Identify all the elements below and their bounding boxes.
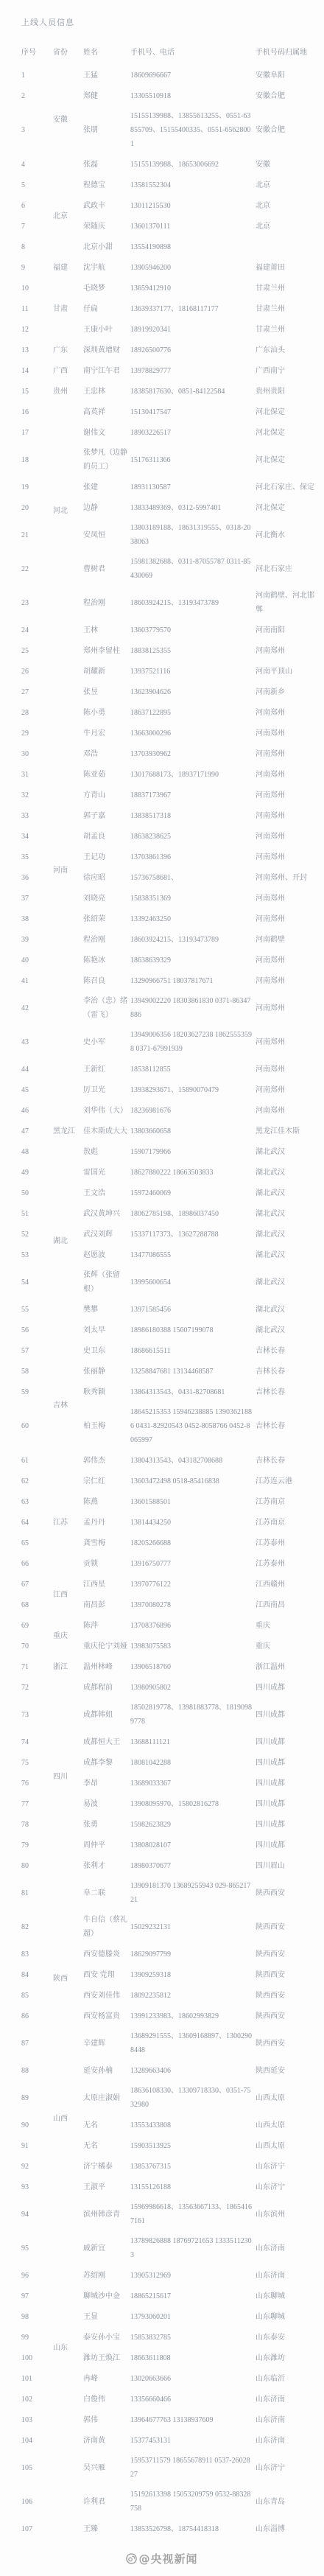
phone-cell: 13971585456 — [130, 1299, 256, 1320]
name-cell: 聊城沙中金 — [83, 2286, 130, 2306]
table-row: 31陈亚茹13017688173、18937171990河南郑州 — [0, 764, 324, 785]
name-cell: 王忠林 — [83, 381, 130, 402]
name-cell: 刘晓亮 — [83, 888, 130, 909]
table-row: 29牛月宏13663000296河南郑州 — [0, 723, 324, 743]
table-row: 47黑龙江佳木斯成大大13803660658黑龙江佳木斯 — [0, 1121, 324, 1141]
table-row: 68南昌彭13970080278江西南昌 — [0, 1595, 324, 1615]
name-cell: 无名 — [83, 2115, 130, 2135]
table-row: 74成都恒大王13688111121四川成都 — [0, 1732, 324, 1752]
phone-cell: 18502819778、13981883778、18190989778 — [130, 1698, 256, 1732]
location-cell: 陕西西安 — [256, 1944, 324, 1964]
location-cell: 河南郑州 — [256, 1079, 324, 1100]
location-cell: 江苏南京 — [256, 1512, 324, 1533]
location-cell: 山东济南 — [256, 2231, 324, 2265]
location-cell: 河南新乡 — [256, 682, 324, 702]
name-cell: 张丽静 — [83, 1361, 130, 1382]
location-cell: 江苏南京 — [256, 1491, 324, 1512]
row-number-cell: 57 — [0, 1340, 53, 1361]
row-number-cell: 12 — [0, 319, 53, 340]
table-row: 76李昂13689033367四川成都 — [0, 1773, 324, 1793]
name-cell: 耿秀颖 — [83, 1382, 130, 1402]
name-cell: 刘太早 — [83, 1320, 130, 1340]
location-cell: 黑龙江佳木斯 — [256, 1121, 324, 1141]
row-number-cell: 70 — [0, 1636, 53, 1656]
name-cell: 冉峰 — [83, 2368, 130, 2389]
name-cell: 南昌彭 — [83, 1595, 130, 1615]
name-cell: 辛建辉 — [83, 2026, 130, 2060]
province-cell: 陕西 — [53, 1876, 83, 2081]
location-cell: 山东济南 — [256, 2430, 324, 2451]
table-row: 90无名13553433808山西太原 — [0, 2115, 324, 2135]
name-cell: 南宁江午君 — [83, 360, 130, 381]
row-number-cell: 54 — [0, 1265, 53, 1299]
name-cell: 白俊伟 — [83, 2389, 130, 2409]
phone-cell: 13258847681 13134468587 — [130, 1361, 256, 1382]
phone-cell: 13949002220 18303861830 0371-86347886 — [130, 991, 256, 1025]
row-number-cell: 81 — [0, 1876, 53, 1910]
table-row: 23程治刚18603924215、13193473789河南鹤壁、河北邯郸 — [0, 586, 324, 620]
table-row: 89山西太原庄淑娟18636108330、13309718330、0351-75… — [0, 2081, 324, 2115]
table-row: 48湖北敖彪15907179966湖北武汉 — [0, 1141, 324, 1162]
name-cell: 成都程前 — [83, 1677, 130, 1698]
phone-cell: 15176311366 — [130, 443, 256, 477]
location-cell: 湖北武汉 — [256, 1224, 324, 1245]
table-row: 81陕西阜二联13909181370 13689255943 029-86521… — [0, 1876, 324, 1910]
name-cell: 谢伟文 — [83, 422, 130, 443]
name-cell: 雷国光 — [83, 1162, 130, 1183]
phone-cell: 15972460069 — [130, 1183, 256, 1203]
phone-cell: 13708376896 — [130, 1615, 256, 1636]
name-cell: 佳木斯成大大 — [83, 1121, 130, 1141]
phone-cell: 18236981676 — [130, 1100, 256, 1121]
name-cell: 龚雪梅 — [83, 1533, 130, 1553]
table-row: 5北京程德宝13581552304北京 — [0, 175, 324, 195]
name-cell: 史卫东 — [83, 1340, 130, 1361]
row-number-cell: 58 — [0, 1361, 53, 1382]
name-cell: 张辉（张留根） — [83, 1265, 130, 1299]
table-row: 71浙江温州林峰13906518760浙江温州 — [0, 1656, 324, 1677]
row-number-cell: 60 — [0, 1402, 53, 1450]
name-cell: 太原庄淑娟 — [83, 2081, 130, 2115]
location-cell: 浙江温州 — [256, 1656, 324, 1677]
phone-cell: 13689291555、13609168897、13002908448 — [130, 2026, 256, 2060]
location-cell: 山东泰安 — [256, 2327, 324, 2348]
location-cell: 贵州贵阳 — [256, 381, 324, 402]
location-cell: 山东济南 — [256, 2409, 324, 2430]
phone-cell: 18627880222 18663503833 — [130, 1162, 256, 1183]
name-cell: 王猛 — [83, 65, 130, 85]
name-cell: 西安刘佳伟 — [83, 1985, 130, 2006]
name-cell: 邓浩 — [83, 743, 130, 764]
row-number-cell: 59 — [0, 1382, 53, 1402]
name-cell: 泰安孙小宝 — [83, 2327, 130, 2348]
location-cell: 河南郑州 — [256, 847, 324, 867]
name-cell: 王文浩 — [83, 1183, 130, 1203]
table-row: 41陈召良13290966751 18037817671河南郑州 — [0, 970, 324, 991]
row-number-cell: 65 — [0, 1533, 53, 1553]
location-cell: 陕西西安 — [256, 1985, 324, 2006]
table-row: 46刘华伟（大）18236981676河南郑州 — [0, 1100, 324, 1121]
table-row: 96苏绍刚13905312969山东济南 — [0, 2265, 324, 2286]
name-cell: 李治（忠）绪（雷飞） — [83, 991, 130, 1025]
weibo-logo-icon — [126, 2553, 137, 2567]
location-cell: 山东临沂 — [256, 2368, 324, 2389]
name-cell: 敖彪 — [83, 1141, 130, 1162]
name-cell: 张磊 — [83, 154, 130, 175]
row-number-cell: 105 — [0, 2451, 53, 2485]
personnel-table: 序号 省份 姓名 手机号、电话 手机号码归属地 1安徽王猛18609696667… — [0, 40, 324, 2539]
location-cell: 山东滨州 — [256, 2197, 324, 2231]
phone-cell: 13833489369、0312-5997401 — [130, 497, 256, 518]
name-cell: 胡孟良 — [83, 826, 130, 847]
location-cell: 河南郑州 — [256, 991, 324, 1025]
name-cell: 沈宇航 — [83, 257, 130, 278]
table-row: 8北京小甜13554190898 — [0, 237, 324, 257]
location-cell: 河南郑州 — [256, 950, 324, 970]
table-row: 54张辉（张留根）13995600654湖北武汉 — [0, 1265, 324, 1299]
personnel-sheet: 上线人员信息 序号 省份 姓名 手机号、电话 手机号码归属地 1安徽王猛1860… — [0, 0, 324, 2576]
phone-cell: 13623904626 — [130, 682, 256, 702]
name-cell: 郑州李留柱 — [83, 640, 130, 661]
location-cell: 安徽合肥 — [256, 106, 324, 154]
name-cell: 王显 — [83, 2306, 130, 2327]
table-row: 98王显13793060201山东聊城 — [0, 2306, 324, 2327]
table-row: 57吉林史卫东18686615511吉林长春 — [0, 1340, 324, 1361]
phone-cell: 13853767315 — [130, 2156, 256, 2177]
phone-cell: 13937521116 — [130, 661, 256, 682]
phone-cell: 13980905802 — [130, 1677, 256, 1698]
row-number-cell: 91 — [0, 2135, 53, 2156]
table-row: 9福建沈宇航13905946200福建莆田 — [0, 257, 324, 278]
table-row: 28陈小勇18637122895河南郑州 — [0, 702, 324, 723]
name-cell: 武汉黄坤兴 — [83, 1203, 130, 1224]
name-cell: 成都韩姐 — [83, 1698, 130, 1732]
header-name: 姓名 — [83, 40, 130, 65]
name-cell: 吴兴雁 — [83, 2451, 130, 2485]
phone-cell: 15337117373、13627288788 — [130, 1224, 256, 1245]
location-cell: 北京 — [256, 195, 324, 216]
name-cell: 仔扁 — [83, 298, 130, 319]
name-cell: 樊攀 — [83, 1299, 130, 1320]
phone-cell: 15838351369 — [130, 888, 256, 909]
phone-cell: 18926500776 — [130, 340, 256, 360]
location-cell: 福建莆田 — [256, 257, 324, 278]
name-cell: 江西星 — [83, 1574, 130, 1595]
phone-cell: 13853526798、18754418318 — [130, 2519, 256, 2539]
phone-cell: 13581552304 — [130, 175, 256, 195]
row-number-cell: 61 — [0, 1450, 53, 1471]
name-cell: 陈小勇 — [83, 702, 130, 723]
row-number-cell: 97 — [0, 2286, 53, 2306]
table-row: 52武汉刘辉15337117373、13627288788湖北武汉 — [0, 1224, 324, 1245]
location-cell: 河南郑州 — [256, 702, 324, 723]
name-cell: 易波 — [83, 1793, 130, 1814]
location-cell: 湖北武汉 — [256, 1183, 324, 1203]
location-cell: 河南郑州 — [256, 764, 324, 785]
province-cell: 黑龙江 — [53, 1121, 83, 1141]
phone-cell: 13949006356 18203627238 18625553598 0371… — [130, 1025, 256, 1059]
phone-cell: 15982623829 — [130, 1814, 256, 1835]
name-cell: 张朋 — [83, 106, 130, 154]
phone-cell: 18081042288 — [130, 1752, 256, 1773]
row-number-cell: 26 — [0, 661, 53, 682]
phone-cell: 15981382688、0311-87055787 0311-85430069 — [130, 552, 256, 586]
table-row: 80张利才18980370677四川眉山 — [0, 1855, 324, 1876]
row-number-cell: 33 — [0, 805, 53, 826]
location-cell: 河北保定 — [256, 422, 324, 443]
phone-cell: 15155139988、18653006692 — [130, 154, 256, 175]
name-cell: 周仲平 — [83, 1835, 130, 1855]
table-row: 78张勇15982623829四川成都 — [0, 1814, 324, 1835]
phone-cell: 18980370677 — [130, 1855, 256, 1876]
location-cell: 河南郑州 — [256, 1059, 324, 1079]
name-cell: 宗仁红 — [83, 1471, 130, 1491]
phone-cell: 18062785198、18986037450 — [130, 1203, 256, 1224]
name-cell: 王记功 — [83, 847, 130, 867]
province-cell: 福建 — [53, 257, 83, 278]
phone-cell: 15969986618、13563667133、18654167161 — [130, 2197, 256, 2231]
phone-cell: 18837173967 — [130, 785, 256, 805]
name-cell: 西安德滕炎 — [83, 1944, 130, 1964]
location-cell: 江西赣州 — [256, 1574, 324, 1595]
location-cell: 山东淄博 — [256, 2519, 324, 2539]
location-cell: 山西太原 — [256, 2135, 324, 2156]
name-cell: 柏玉梅 — [83, 1402, 130, 1450]
phone-cell: 13356660466 — [130, 2389, 256, 2409]
name-cell: 曹树君 — [83, 552, 130, 586]
row-number-cell: 37 — [0, 888, 53, 909]
province-cell: 山东 — [53, 2156, 83, 2539]
location-cell: 河北保定 — [256, 497, 324, 518]
location-cell: 陕西西安 — [256, 1910, 324, 1944]
row-number-cell: 27 — [0, 682, 53, 702]
phone-cell: 13554190898 — [130, 237, 256, 257]
table-row: 82牛自信（蔡礼超）15029232131陕西西安 — [0, 1910, 324, 1944]
name-cell: 武政丰 — [83, 195, 130, 216]
table-row: 55樊攀13971585456湖北武汉 — [0, 1299, 324, 1320]
name-cell: 胡耀新 — [83, 661, 130, 682]
table-row: 12王康小叶18919920341甘肃兰州 — [0, 319, 324, 340]
table-row: 101冉峰13020663666山东临沂 — [0, 2368, 324, 2389]
table-row: 30邓浩13703930962河南郑州 — [0, 743, 324, 764]
phone-cell: 13603779570 — [130, 620, 256, 640]
location-cell: 河北保定 — [256, 443, 324, 477]
phone-cell: 18638238625 — [130, 826, 256, 847]
row-number-cell: 100 — [0, 2348, 53, 2368]
phone-cell: 13978829777 — [130, 360, 256, 381]
phone-cell: 15130417547 — [130, 402, 256, 422]
location-cell: 山东济宁 — [256, 2177, 324, 2197]
row-number-cell: 82 — [0, 1910, 53, 1944]
location-cell: 陕西西安 — [256, 2006, 324, 2026]
province-cell: 河北 — [53, 402, 83, 620]
row-number-cell: 55 — [0, 1299, 53, 1320]
name-cell: 阜二联 — [83, 1876, 130, 1910]
phone-cell: 13864313543、0431-82708681 — [130, 1382, 256, 1402]
province-cell: 甘肃 — [53, 278, 83, 340]
name-cell: 荣随庆 — [83, 216, 130, 237]
name-cell: 王淑平 — [83, 2177, 130, 2197]
row-number-cell: 28 — [0, 702, 53, 723]
table-row: 59耿秀颖13864313543、0431-82708681吉林长春 — [0, 1382, 324, 1402]
row-number-cell: 76 — [0, 1773, 53, 1793]
province-cell: 北京 — [53, 175, 83, 257]
table-row: 58张丽静13258847681 13134468587吉林长春 — [0, 1361, 324, 1382]
table-row: 10甘肃毛晓梦13659412910甘肃兰州 — [0, 278, 324, 298]
phone-cell: 13803189188、18631319555、0318-2038063 — [130, 518, 256, 552]
name-cell: 牛月宏 — [83, 723, 130, 743]
table-header-row: 序号 省份 姓名 手机号、电话 手机号码归属地 — [0, 40, 324, 65]
location-cell: 河北衡水 — [256, 518, 324, 552]
row-number-cell: 53 — [0, 1245, 53, 1265]
province-cell: 广西 — [53, 360, 83, 381]
name-cell: 毛晓梦 — [83, 278, 130, 298]
row-number-cell: 46 — [0, 1100, 53, 1121]
table-row: 97聊城沙中金18865215617山东聊城 — [0, 2286, 324, 2306]
location-cell: 湖北武汉 — [256, 1141, 324, 1162]
name-cell: 陈艳冰 — [83, 950, 130, 970]
row-number-cell: 73 — [0, 1698, 53, 1732]
row-number-cell: 18 — [0, 443, 53, 477]
table-row: 24河南王林13603779570河南南阳 — [0, 620, 324, 640]
row-number-cell: 2 — [0, 85, 53, 106]
row-number-cell: 32 — [0, 785, 53, 805]
table-row: 18张梦凡（边静的员工）15176311366河北保定 — [0, 443, 324, 477]
table-row: 21安凤恒13803189188、18631319555、0318-203806… — [0, 518, 324, 552]
location-cell: 陕西西安 — [256, 1876, 324, 1910]
name-cell: 贡锁 — [83, 1553, 130, 1574]
location-cell: 山东潍坊 — [256, 2348, 324, 2368]
table-row: 45厉卫光13938293671、15890070479河南郑州 — [0, 1079, 324, 1100]
phone-cell: 18629097799 — [130, 1944, 256, 1964]
phone-cell: 18609696667 — [130, 65, 256, 85]
phone-cell: 13155126188 — [130, 2177, 256, 2197]
row-number-cell: 84 — [0, 1964, 53, 1985]
phone-cell: 18645215353 15946238885 13903621886 0431… — [130, 1402, 256, 1450]
row-number-cell: 68 — [0, 1595, 53, 1615]
location-cell — [256, 237, 324, 257]
phone-cell: 13659412910 — [130, 278, 256, 298]
row-number-cell: 95 — [0, 2231, 53, 2265]
table-row: 69重庆陈萍13708376896重庆 — [0, 1615, 324, 1636]
phone-cell: 13789826888 18769721653 13335112303 — [130, 2231, 256, 2265]
row-number-cell: 79 — [0, 1835, 53, 1855]
table-row: 43史小军13949006356 18203627238 18625553598… — [0, 1025, 324, 1059]
table-row: 64孟丹丹13814434250江苏南京 — [0, 1512, 324, 1533]
province-cell: 安徽 — [53, 65, 83, 175]
name-cell: 刘华伟（大） — [83, 1100, 130, 1121]
table-row: 75成都李黎18081042288四川成都 — [0, 1752, 324, 1773]
row-number-cell: 21 — [0, 518, 53, 552]
name-cell: 深圳黄增财 — [83, 340, 130, 360]
row-number-cell: 7 — [0, 216, 53, 237]
name-cell: 张昱 — [83, 682, 130, 702]
row-number-cell: 56 — [0, 1320, 53, 1340]
row-number-cell: 90 — [0, 2115, 53, 2135]
phone-cell: 18919920341 — [130, 319, 256, 340]
row-number-cell: 71 — [0, 1656, 53, 1677]
location-cell: 四川眉山 — [256, 1855, 324, 1876]
location-cell: 广东汕头 — [256, 340, 324, 360]
name-cell: 郭子嘉 — [83, 805, 130, 826]
row-number-cell: 15 — [0, 381, 53, 402]
phone-cell: 13305510918 — [130, 85, 256, 106]
table-header: 序号 省份 姓名 手机号、电话 手机号码归属地 — [0, 40, 324, 65]
table-row: 65龚雪梅18205266688江苏泰州 — [0, 1533, 324, 1553]
phone-cell: 13970080278 — [130, 1595, 256, 1615]
table-row: 34胡孟良18638238625河南郑州 — [0, 826, 324, 847]
phone-cell: 18092235812 — [130, 1985, 256, 2006]
name-cell: 赵愿波 — [83, 1245, 130, 1265]
location-cell: 安徽 — [256, 154, 324, 175]
name-cell: 程治刚 — [83, 929, 130, 950]
name-cell: 陈召良 — [83, 970, 130, 991]
name-cell: 张绍荣 — [83, 909, 130, 929]
location-cell: 吉林长春 — [256, 1361, 324, 1382]
table-row: 77易波13908095970、15802816278四川成都 — [0, 1793, 324, 1814]
header-phone: 手机号、电话 — [130, 40, 256, 65]
name-cell: 孟丹丹 — [83, 1512, 130, 1533]
row-number-cell: 39 — [0, 929, 53, 950]
table-row: 35王记功13703861396河南郑州 — [0, 847, 324, 867]
table-row: 91无名15903513925山西太原 — [0, 2135, 324, 2156]
phone-cell: 13392463250 — [130, 909, 256, 929]
location-cell: 山东聊城 — [256, 2306, 324, 2327]
table-row: 1安徽王猛18609696667安徽阜阳 — [0, 65, 324, 85]
name-cell: 北京小甜 — [83, 237, 130, 257]
table-row: 79周仲平13808028107四川成都 — [0, 1835, 324, 1855]
table-row: 62江苏宗仁红13603472498 0518-85416838江苏连云港 — [0, 1471, 324, 1491]
header-seq: 序号 — [0, 40, 53, 65]
phone-cell: 13553433808 — [130, 2115, 256, 2135]
phone-cell: 18686615511 — [130, 1340, 256, 1361]
location-cell: 北京 — [256, 175, 324, 195]
row-number-cell: 29 — [0, 723, 53, 743]
table-row: 32方青山18837173967河南郑州 — [0, 785, 324, 805]
phone-cell: 13601370111 — [130, 216, 256, 237]
location-cell: 湖北武汉 — [256, 1162, 324, 1183]
phone-cell: 13639337177、18168117177 — [130, 298, 256, 319]
table-row: 56刘太早18986180388 15607199078湖北武汉 — [0, 1320, 324, 1340]
name-cell: 张梦凡（边静的员工） — [83, 443, 130, 477]
phone-cell: 18903226517 — [130, 422, 256, 443]
row-number-cell: 36 — [0, 867, 53, 888]
province-cell: 江西 — [53, 1574, 83, 1615]
name-cell: 郭伟杰 — [83, 1450, 130, 1471]
phone-cell: 13905946200 — [130, 257, 256, 278]
location-cell: 江苏泰州 — [256, 1533, 324, 1553]
location-cell: 河南郑州 — [256, 805, 324, 826]
province-cell: 吉林 — [53, 1340, 83, 1471]
row-number-cell: 3 — [0, 106, 53, 154]
table-row: 99泰安孙小宝15853832785山东泰安 — [0, 2327, 324, 2348]
row-number-cell: 47 — [0, 1121, 53, 1141]
location-cell: 江西南昌 — [256, 1595, 324, 1615]
row-number-cell: 63 — [0, 1491, 53, 1512]
table-row: 102白俊伟13356660466山东济南 — [0, 2389, 324, 2409]
row-number-cell: 22 — [0, 552, 53, 586]
table-row: 51武汉黄坤兴18062785198、18986037450湖北武汉 — [0, 1203, 324, 1224]
row-number-cell: 10 — [0, 278, 53, 298]
table-row: 88延安孙楠13289663406陕西延安 — [0, 2060, 324, 2081]
name-cell: 安凤恒 — [83, 518, 130, 552]
province-cell: 江苏 — [53, 1471, 83, 1574]
table-row: 100潍坊王焕江18663611808山东潍坊 — [0, 2348, 324, 2368]
row-number-cell: 92 — [0, 2156, 53, 2177]
table-row: 3张朋15155139988、13855613255、0551-63855709… — [0, 106, 324, 154]
row-number-cell: 1 — [0, 65, 53, 85]
table-row: 26胡耀新13937521116河南平顶山 — [0, 661, 324, 682]
